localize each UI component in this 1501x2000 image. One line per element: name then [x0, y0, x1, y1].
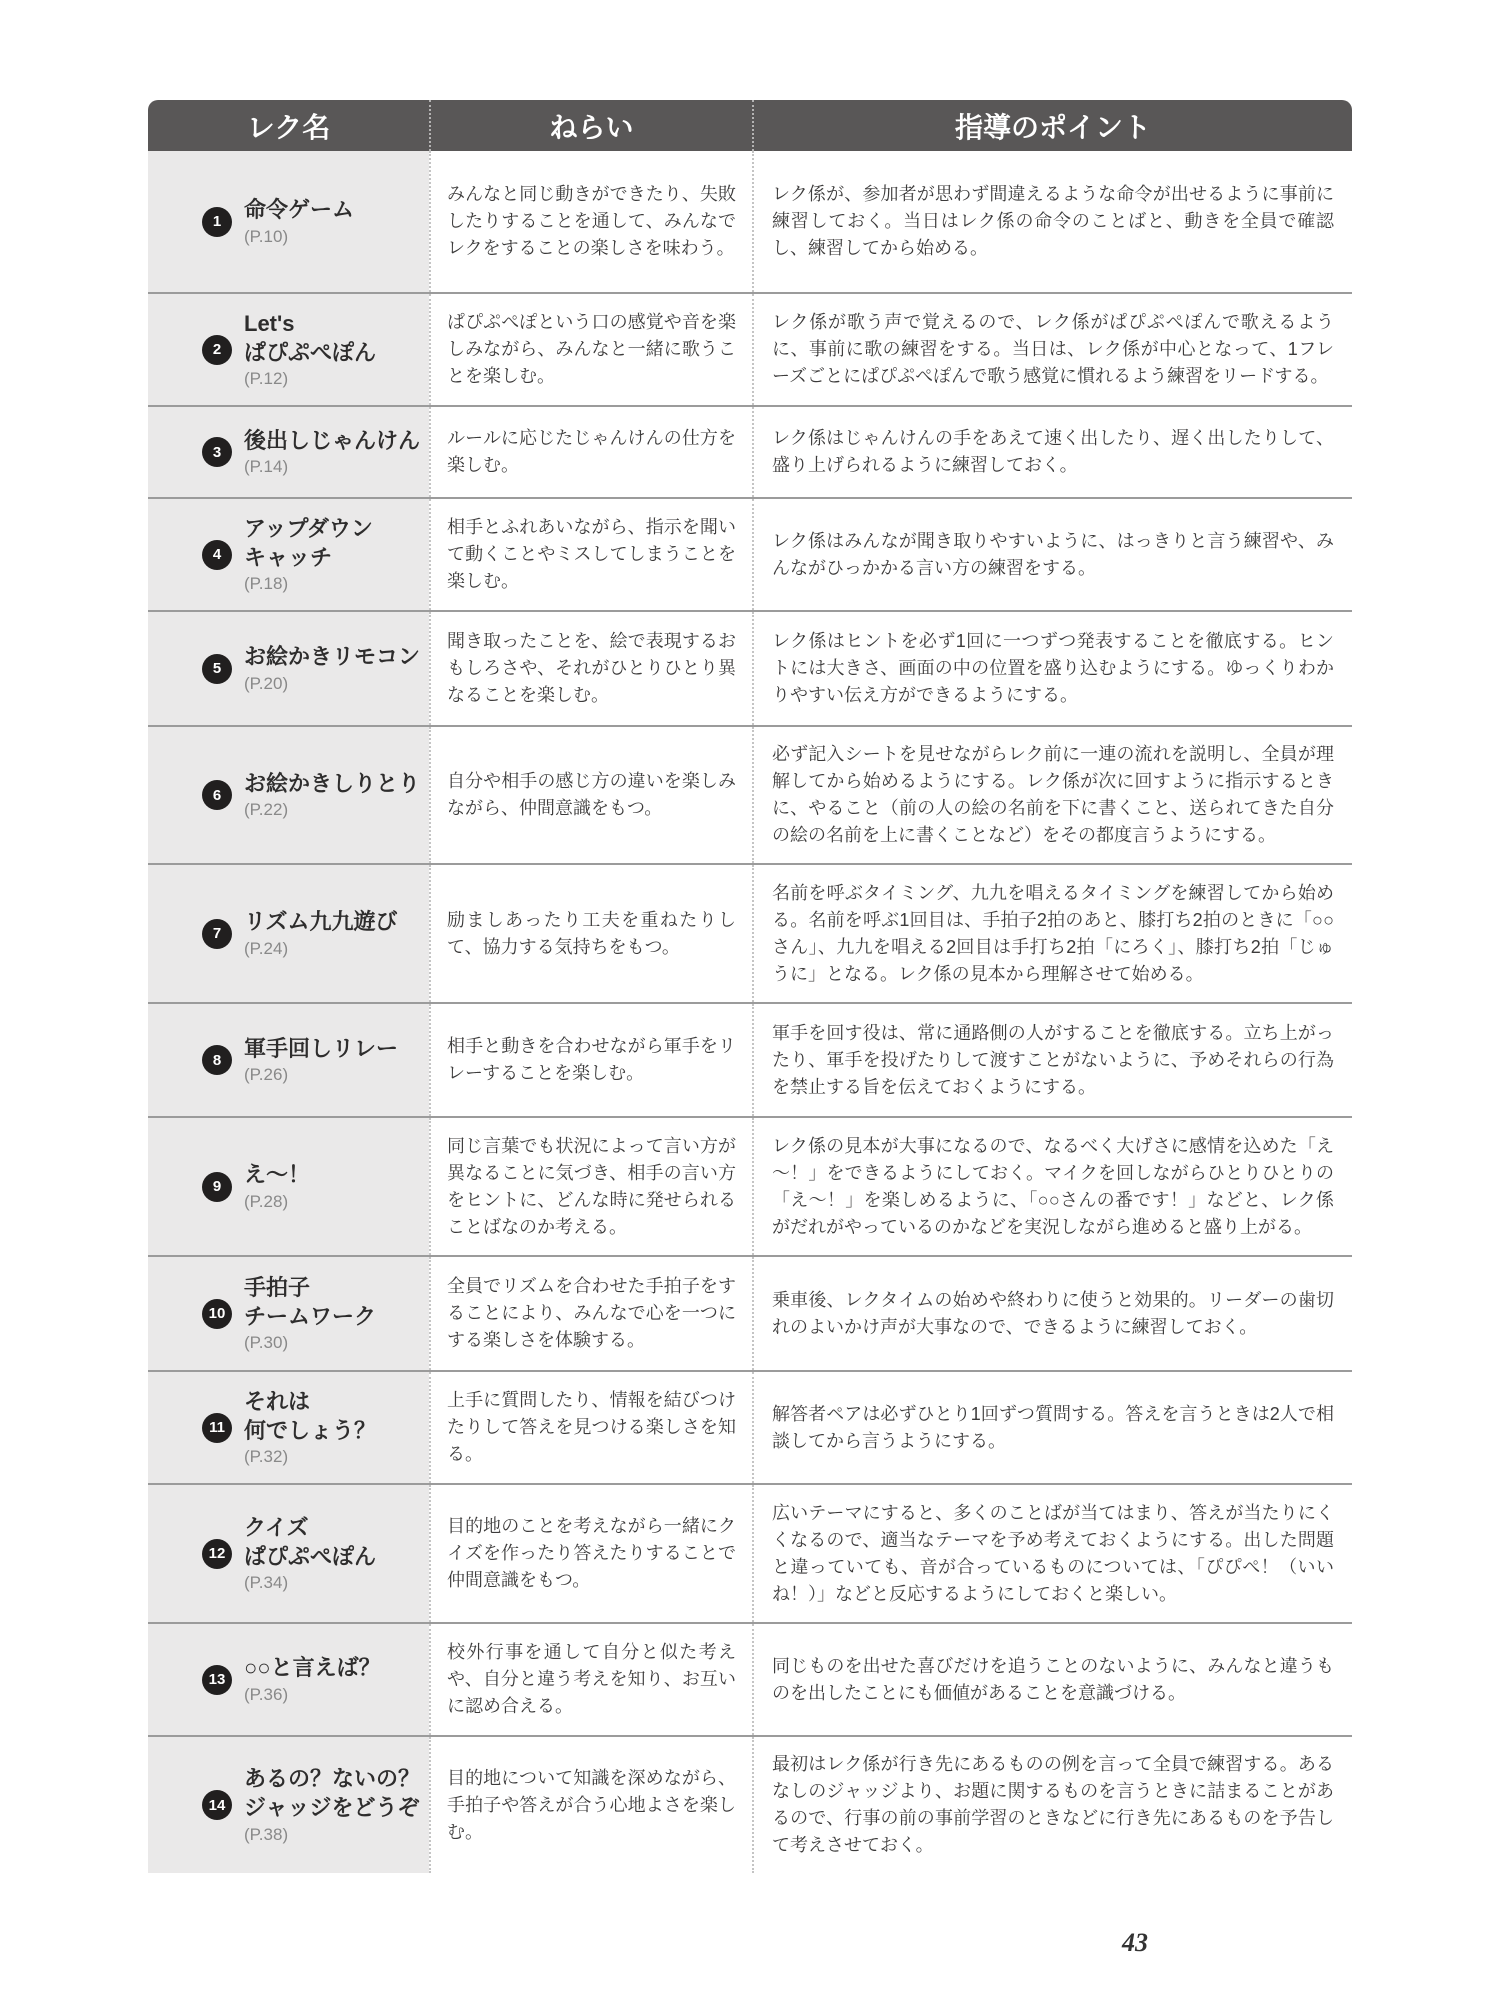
row-number-badge: 12	[202, 1539, 232, 1569]
aim-text: 相手と動きを合わせながら軍手をリレーすることを楽しむ。	[447, 1033, 736, 1087]
header-cell-aim: ねらい	[429, 100, 752, 151]
rec-name: アップダウン キャッチ	[244, 515, 373, 572]
point-text: 乗車後、レクタイムの始めや終わりに使うと効果的。リーダーの歯切れのよいかけ声が大…	[772, 1287, 1334, 1341]
point-text: レク係が歌う声で覚えるので、レク係がぱぴぷぺぽんで歌えるように、事前に歌の練習を…	[772, 309, 1334, 390]
table-row: 4 アップダウン キャッチ (P.18) 相手とふれあいながら、指示を聞いて動く…	[148, 497, 1352, 610]
row-number-badge: 2	[202, 335, 232, 365]
table-header-row: レク名 ねらい 指導のポイント	[148, 100, 1352, 151]
page-ref: (P.10)	[244, 227, 354, 247]
aim-cell: 校外行事を通して自分と似た考えや、自分と違う考えを知り、お互いに認め合える。	[429, 1624, 752, 1735]
point-cell: 広いテーマにすると、多くのことばが当てはまり、答えが当たりにくくなるので、適当な…	[752, 1485, 1352, 1622]
point-text: 名前を呼ぶタイミング、九九を唱えるタイミングを練習してから始める。名前を呼ぶ1回…	[772, 880, 1334, 988]
table-row: 13 ○○と言えば？ (P.36) 校外行事を通して自分と似た考えや、自分と違う…	[148, 1622, 1352, 1735]
point-cell: 乗車後、レクタイムの始めや終わりに使うと効果的。リーダーの歯切れのよいかけ声が大…	[752, 1257, 1352, 1370]
page-ref: (P.26)	[244, 1065, 398, 1085]
header-cell-points: 指導のポイント	[752, 100, 1352, 151]
point-cell: 同じものを出せた喜びだけを追うことのないように、みんなと違うものを出したことにも…	[752, 1624, 1352, 1735]
rec-name-cell: 14 あるの？ないの？ ジャッジをどうぞ (P.38)	[148, 1737, 429, 1873]
table-row: 9 え～！ (P.28) 同じ言葉でも状況によって言い方が異なることに気づき、相…	[148, 1116, 1352, 1255]
point-cell: 軍手を回す役は、常に通路側の人がすることを徹底する。立ち上がったり、軍手を投げた…	[752, 1004, 1352, 1116]
rec-name-cell: 6 お絵かきしりとり (P.22)	[148, 727, 429, 863]
aim-cell: 同じ言葉でも状況によって言い方が異なることに気づき、相手の言い方をヒントに、どん…	[429, 1118, 752, 1255]
aim-cell: 相手とふれあいながら、指示を聞いて動くことやミスしてしまうことを楽しむ。	[429, 499, 752, 610]
point-cell: レク係が、参加者が思わず間違えるような命令が出せるように事前に練習しておく。当日…	[752, 151, 1352, 292]
table-row: 14 あるの？ないの？ ジャッジをどうぞ (P.38) 目的地について知識を深め…	[148, 1735, 1352, 1873]
point-text: レク係の見本が大事になるので、なるべく大げさに感情を込めた「え～！」をできるよう…	[772, 1133, 1334, 1241]
page-ref: (P.38)	[244, 1825, 420, 1845]
rec-name: 後出しじゃんけん	[244, 427, 420, 456]
rec-name-block: 命令ゲーム (P.10)	[244, 196, 354, 247]
aim-cell: 相手と動きを合わせながら軍手をリレーすることを楽しむ。	[429, 1004, 752, 1116]
point-text: 最初はレク係が行き先にあるものの例を言って全員で練習する。あるなしのジャッジより…	[772, 1751, 1334, 1859]
rec-name-block: それは 何でしょう？ (P.32)	[244, 1388, 376, 1467]
aim-text: 励ましあったり工夫を重ねたりして、協力する気持ちをもつ。	[447, 907, 736, 961]
rec-name-block: リズム九九遊び (P.24)	[244, 908, 398, 959]
rec-name: 手拍子 チームワーク	[244, 1274, 376, 1331]
table-row: 1 命令ゲーム (P.10) みんなと同じ動きができたり、失敗したりすることを通…	[148, 151, 1352, 292]
table-row: 10 手拍子 チームワーク (P.30) 全員でリズムを合わせた手拍子をすること…	[148, 1255, 1352, 1370]
table-row: 7 リズム九九遊び (P.24) 励ましあったり工夫を重ねたりして、協力する気持…	[148, 863, 1352, 1002]
point-cell: 最初はレク係が行き先にあるものの例を言って全員で練習する。あるなしのジャッジより…	[752, 1737, 1352, 1873]
page-ref: (P.22)	[244, 800, 420, 820]
header-cell-rec-name: レク名	[148, 100, 429, 151]
aim-cell: みんなと同じ動きができたり、失敗したりすることを通して、みんなでレクをすることの…	[429, 151, 752, 292]
rec-name-cell: 4 アップダウン キャッチ (P.18)	[148, 499, 429, 610]
rec-name: ○○と言えば？	[244, 1654, 381, 1683]
rec-name-cell: 3 後出しじゃんけん (P.14)	[148, 407, 429, 497]
page-ref: (P.34)	[244, 1573, 376, 1593]
point-cell: レク係の見本が大事になるので、なるべく大げさに感情を込めた「え～！」をできるよう…	[752, 1118, 1352, 1255]
page-ref: (P.32)	[244, 1447, 376, 1467]
rec-name-block: え～！ (P.28)	[244, 1161, 310, 1212]
aim-text: 全員でリズムを合わせた手拍子をすることにより、みんなで心を一つにする楽しさを体験…	[447, 1273, 736, 1354]
row-number-badge: 9	[202, 1172, 232, 1202]
page-ref: (P.24)	[244, 939, 398, 959]
row-number-badge: 10	[202, 1299, 232, 1329]
point-text: レク係はみんなが聞き取りやすいように、はっきりと言う練習や、みんながひっかかる言…	[772, 528, 1334, 582]
rec-name-cell: 13 ○○と言えば？ (P.36)	[148, 1624, 429, 1735]
rec-name-cell: 11 それは 何でしょう？ (P.32)	[148, 1372, 429, 1483]
rec-name-cell: 8 軍手回しリレー (P.26)	[148, 1004, 429, 1116]
point-text: 広いテーマにすると、多くのことばが当てはまり、答えが当たりにくくなるので、適当な…	[772, 1500, 1334, 1608]
rec-name-cell: 9 え～！ (P.28)	[148, 1118, 429, 1255]
rec-name-block: ○○と言えば？ (P.36)	[244, 1654, 381, 1705]
point-cell: レク係はじゃんけんの手をあえて速く出したり、遅く出したりして、盛り上げられるよう…	[752, 407, 1352, 497]
aim-text: 上手に質問したり、情報を結びつけたりして答えを見つける楽しさを知る。	[447, 1387, 736, 1468]
row-number-badge: 7	[202, 919, 232, 949]
table-row: 5 お絵かきリモコン (P.20) 聞き取ったことを、絵で表現するおもしろさや、…	[148, 610, 1352, 725]
rec-name: 命令ゲーム	[244, 196, 354, 225]
row-number-badge: 8	[202, 1045, 232, 1075]
aim-text: 校外行事を通して自分と似た考えや、自分と違う考えを知り、お互いに認め合える。	[447, 1639, 736, 1720]
aim-cell: 聞き取ったことを、絵で表現するおもしろさや、それがひとりひとり異なることを楽しむ…	[429, 612, 752, 725]
aim-cell: 自分や相手の感じ方の違いを楽しみながら、仲間意識をもつ。	[429, 727, 752, 863]
page-ref: (P.14)	[244, 457, 420, 477]
page-ref: (P.18)	[244, 574, 373, 594]
page-ref: (P.36)	[244, 1685, 381, 1705]
point-text: レク係はヒントを必ず1回に一つずつ発表することを徹底する。ヒントには大きさ、画面…	[772, 628, 1334, 709]
row-number-badge: 5	[202, 654, 232, 684]
aim-text: みんなと同じ動きができたり、失敗したりすることを通して、みんなでレクをすることの…	[447, 181, 736, 262]
rec-name: それは 何でしょう？	[244, 1388, 376, 1445]
point-cell: 解答者ペアは必ずひとり1回ずつ質問する。答えを言うときは2人で相談してから言うよ…	[752, 1372, 1352, 1483]
rec-name: クイズ ぱぴぷぺぽん	[244, 1514, 376, 1571]
rec-name: お絵かきリモコン	[244, 643, 420, 672]
rec-name-block: アップダウン キャッチ (P.18)	[244, 515, 373, 594]
rec-name-block: Let's ぱぴぷぺぽん (P.12)	[244, 310, 376, 389]
row-number-badge: 11	[202, 1413, 232, 1443]
rec-name: お絵かきしりとり	[244, 770, 420, 799]
table-body: 1 命令ゲーム (P.10) みんなと同じ動きができたり、失敗したりすることを通…	[148, 151, 1352, 1873]
aim-cell: ぱぴぷぺぽという口の感覚や音を楽しみながら、みんなと一緒に歌うことを楽しむ。	[429, 294, 752, 405]
row-number-badge: 3	[202, 437, 232, 467]
table-row: 11 それは 何でしょう？ (P.32) 上手に質問したり、情報を結びつけたりし…	[148, 1370, 1352, 1483]
rec-name-block: 軍手回しリレー (P.26)	[244, 1035, 398, 1086]
aim-cell: 目的地について知識を深めながら、手拍子や答えが合う心地よさを楽しむ。	[429, 1737, 752, 1873]
page-ref: (P.30)	[244, 1333, 376, 1353]
point-text: 解答者ペアは必ずひとり1回ずつ質問する。答えを言うときは2人で相談してから言うよ…	[772, 1401, 1334, 1455]
rec-name-cell: 7 リズム九九遊び (P.24)	[148, 865, 429, 1002]
point-text: 必ず記入シートを見せながらレク前に一連の流れを説明し、全員が理解してから始めるよ…	[772, 741, 1334, 849]
aim-text: ぱぴぷぺぽという口の感覚や音を楽しみながら、みんなと一緒に歌うことを楽しむ。	[447, 309, 736, 390]
document-page: レク名 ねらい 指導のポイント 1 命令ゲーム (P.10) みんなと同じ動きが…	[0, 0, 1501, 2000]
rec-name: 軍手回しリレー	[244, 1035, 398, 1064]
page-number: 43	[1122, 1928, 1148, 1958]
page-ref: (P.12)	[244, 369, 376, 389]
point-text: 軍手を回す役は、常に通路側の人がすることを徹底する。立ち上がったり、軍手を投げた…	[772, 1020, 1334, 1101]
aim-cell: 全員でリズムを合わせた手拍子をすることにより、みんなで心を一つにする楽しさを体験…	[429, 1257, 752, 1370]
rec-name-block: あるの？ないの？ ジャッジをどうぞ (P.38)	[244, 1765, 420, 1844]
rec-name-cell: 10 手拍子 チームワーク (P.30)	[148, 1257, 429, 1370]
aim-cell: 上手に質問したり、情報を結びつけたりして答えを見つける楽しさを知る。	[429, 1372, 752, 1483]
aim-text: 自分や相手の感じ方の違いを楽しみながら、仲間意識をもつ。	[447, 768, 736, 822]
rec-name-block: クイズ ぱぴぷぺぽん (P.34)	[244, 1514, 376, 1593]
aim-cell: 目的地のことを考えながら一緒にクイズを作ったり答えたりすることで仲間意識をもつ。	[429, 1485, 752, 1622]
rec-name: え～！	[244, 1161, 310, 1190]
table-row: 6 お絵かきしりとり (P.22) 自分や相手の感じ方の違いを楽しみながら、仲間…	[148, 725, 1352, 863]
page-ref: (P.20)	[244, 674, 420, 694]
aim-text: ルールに応じたじゃんけんの仕方を楽しむ。	[447, 425, 736, 479]
table-row: 12 クイズ ぱぴぷぺぽん (P.34) 目的地のことを考えながら一緒にクイズを…	[148, 1483, 1352, 1622]
point-cell: レク係はみんなが聞き取りやすいように、はっきりと言う練習や、みんながひっかかる言…	[752, 499, 1352, 610]
point-cell: レク係はヒントを必ず1回に一つずつ発表することを徹底する。ヒントには大きさ、画面…	[752, 612, 1352, 725]
row-number-badge: 13	[202, 1665, 232, 1695]
rec-name-cell: 5 お絵かきリモコン (P.20)	[148, 612, 429, 725]
row-number-badge: 1	[202, 207, 232, 237]
aim-cell: ルールに応じたじゃんけんの仕方を楽しむ。	[429, 407, 752, 497]
point-text: レク係はじゃんけんの手をあえて速く出したり、遅く出したりして、盛り上げられるよう…	[772, 425, 1334, 479]
rec-name-block: お絵かきリモコン (P.20)	[244, 643, 420, 694]
aim-text: 目的地のことを考えながら一緒にクイズを作ったり答えたりすることで仲間意識をもつ。	[447, 1513, 736, 1594]
recreation-table: レク名 ねらい 指導のポイント 1 命令ゲーム (P.10) みんなと同じ動きが…	[148, 100, 1352, 1873]
rec-name: Let's ぱぴぷぺぽん	[244, 310, 376, 367]
aim-text: 聞き取ったことを、絵で表現するおもしろさや、それがひとりひとり異なることを楽しむ…	[447, 628, 736, 709]
row-number-badge: 4	[202, 540, 232, 570]
rec-name-block: 手拍子 チームワーク (P.30)	[244, 1274, 376, 1353]
row-number-badge: 14	[202, 1790, 232, 1820]
aim-text: 相手とふれあいながら、指示を聞いて動くことやミスしてしまうことを楽しむ。	[447, 514, 736, 595]
rec-name-block: お絵かきしりとり (P.22)	[244, 770, 420, 821]
point-cell: 名前を呼ぶタイミング、九九を唱えるタイミングを練習してから始める。名前を呼ぶ1回…	[752, 865, 1352, 1002]
row-number-badge: 6	[202, 780, 232, 810]
rec-name-cell: 1 命令ゲーム (P.10)	[148, 151, 429, 292]
point-cell: 必ず記入シートを見せながらレク前に一連の流れを説明し、全員が理解してから始めるよ…	[752, 727, 1352, 863]
point-text: 同じものを出せた喜びだけを追うことのないように、みんなと違うものを出したことにも…	[772, 1653, 1334, 1707]
aim-text: 同じ言葉でも状況によって言い方が異なることに気づき、相手の言い方をヒントに、どん…	[447, 1133, 736, 1241]
table-row: 3 後出しじゃんけん (P.14) ルールに応じたじゃんけんの仕方を楽しむ。 レ…	[148, 405, 1352, 497]
aim-cell: 励ましあったり工夫を重ねたりして、協力する気持ちをもつ。	[429, 865, 752, 1002]
rec-name-block: 後出しじゃんけん (P.14)	[244, 427, 420, 478]
table-row: 8 軍手回しリレー (P.26) 相手と動きを合わせながら軍手をリレーすることを…	[148, 1002, 1352, 1116]
point-cell: レク係が歌う声で覚えるので、レク係がぱぴぷぺぽんで歌えるように、事前に歌の練習を…	[752, 294, 1352, 405]
table-row: 2 Let's ぱぴぷぺぽん (P.12) ぱぴぷぺぽという口の感覚や音を楽しみ…	[148, 292, 1352, 405]
rec-name: あるの？ないの？ ジャッジをどうぞ	[244, 1765, 420, 1822]
point-text: レク係が、参加者が思わず間違えるような命令が出せるように事前に練習しておく。当日…	[772, 181, 1334, 262]
rec-name-cell: 2 Let's ぱぴぷぺぽん (P.12)	[148, 294, 429, 405]
page-ref: (P.28)	[244, 1192, 310, 1212]
rec-name-cell: 12 クイズ ぱぴぷぺぽん (P.34)	[148, 1485, 429, 1622]
aim-text: 目的地について知識を深めながら、手拍子や答えが合う心地よさを楽しむ。	[447, 1765, 736, 1846]
rec-name: リズム九九遊び	[244, 908, 398, 937]
